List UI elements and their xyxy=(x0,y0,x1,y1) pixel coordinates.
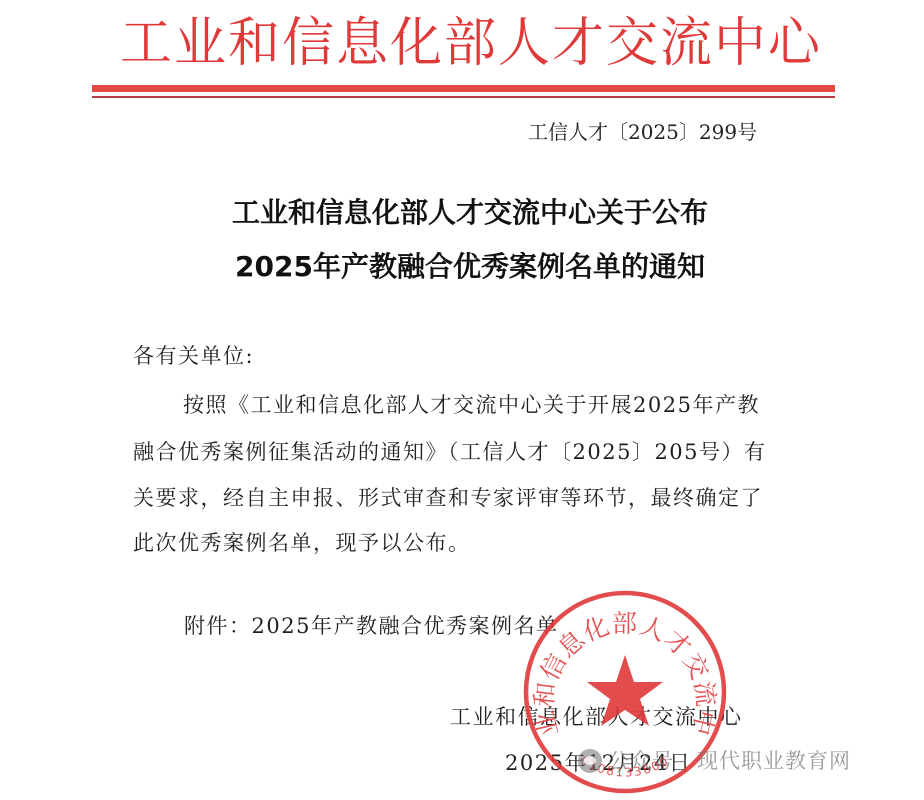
wechat-icon xyxy=(578,749,602,773)
letterhead-title: 工业和信息化部人才交流中心 xyxy=(120,7,810,78)
paragraph-line: 此次优秀案例名单，现予以公布。 xyxy=(133,528,471,558)
paragraph-line: 关要求，经自主申报、形式审查和专家评审等环节，最终确定了 xyxy=(133,483,763,513)
watermark: 公众号 · 现代职业教育网 xyxy=(578,746,851,776)
attachment-line: 附件：2025年产教融合优秀案例名单 xyxy=(184,611,558,641)
paragraph-line: 融合优秀案例征集活动的通知》（工信人才〔2025〕205号）有 xyxy=(133,437,767,467)
letterhead-rule-thin xyxy=(92,96,835,98)
document-title-line-1: 工业和信息化部人才交流中心关于公布 xyxy=(130,193,810,233)
salutation: 各有关单位: xyxy=(133,341,254,371)
document-title-line-2: 2025年产教融合优秀案例名单的通知 xyxy=(130,247,810,287)
paragraph-line: 按照《工业和信息化部人才交流中心关于开展2025年产教 xyxy=(183,390,760,420)
letterhead-rule-thick xyxy=(92,85,835,92)
document-number: 工信人才〔2025〕299号 xyxy=(528,117,757,147)
watermark-label: 公众号 · 现代职业教育网 xyxy=(608,746,851,776)
svg-text:工业和信息化部人才交流中心: 工业和信息化部人才交流中心 xyxy=(522,589,721,739)
